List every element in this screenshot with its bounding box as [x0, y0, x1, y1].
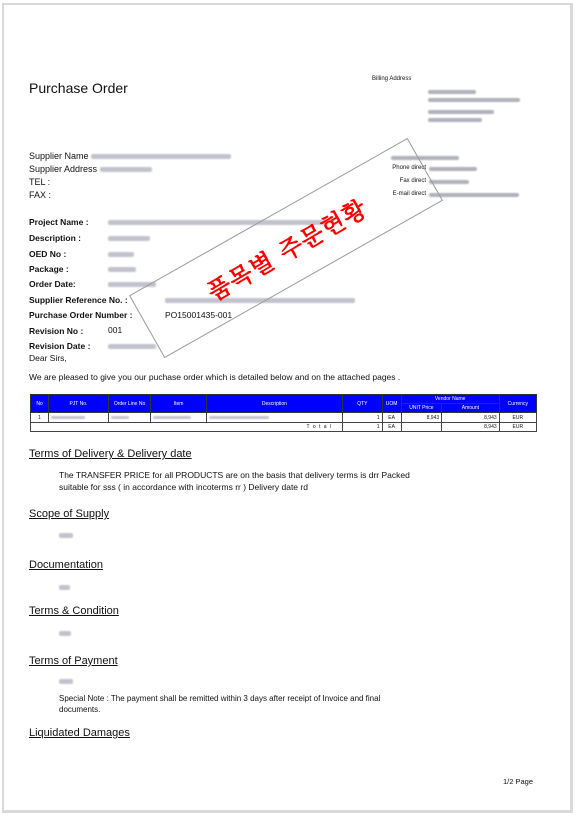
supplier-tel-label: TEL :: [29, 177, 50, 187]
order-date-label: Order Date:: [29, 279, 76, 289]
col-vendor-name: Vendor Name: [401, 395, 499, 404]
total-qty: 1: [343, 423, 382, 432]
terms-of-payment-value: [59, 679, 73, 684]
table-row: 1 1 EA 8,943 8,943 EUR: [31, 413, 537, 423]
col-amount: Amount: [442, 404, 500, 413]
intro-text: We are pleased to give you our puchase o…: [29, 372, 400, 382]
oed-no-label: OED No :: [29, 249, 66, 259]
cell-no: 1: [31, 413, 49, 423]
cell-qty: 1: [343, 413, 382, 423]
documentation-value: [59, 585, 70, 590]
supplier-address-label: Supplier Address: [29, 164, 97, 174]
terms-condition-value: [59, 631, 71, 636]
liquidated-damages-heading: Liquidated Damages: [29, 727, 130, 739]
col-unit-price: UNIT Price: [401, 404, 441, 413]
po-number-label: Purchase Order Number :: [29, 310, 132, 320]
cell-amount: 8,943: [442, 413, 500, 423]
col-pjt-no: PJT No.: [49, 395, 109, 413]
supplier-fax-label: FAX :: [29, 190, 51, 200]
cell-currency: EUR: [499, 413, 536, 423]
cell-item: [151, 413, 206, 423]
order-items-table: No PJT No. Order Line No Item Descriptio…: [30, 394, 537, 432]
col-qty: QTY: [343, 395, 382, 413]
billing-address-line: [428, 98, 520, 102]
col-item: Item: [151, 395, 206, 413]
total-amount: 8,943: [442, 423, 500, 432]
delivery-terms-heading: Terms of Delivery & Delivery date: [29, 448, 192, 460]
special-note-line-2: documents.: [59, 704, 100, 715]
description-value: [108, 236, 150, 241]
scope-of-supply-heading: Scope of Supply: [29, 508, 109, 520]
col-description: Description: [206, 395, 342, 413]
supplier-address-value: [100, 167, 152, 172]
cell-unit-price: 8,943: [401, 413, 441, 423]
delivery-terms-line-1: The TRANSFER PRICE for all PRODUCTS are …: [59, 469, 410, 481]
oed-no-value: [108, 252, 134, 257]
scope-of-supply-value: [59, 533, 73, 538]
cell-uom: EA: [382, 413, 401, 423]
documentation-heading: Documentation: [29, 559, 103, 571]
salutation: Dear Sirs,: [29, 353, 67, 363]
terms-condition-heading: Terms & Condition: [29, 605, 119, 617]
project-name-label: Project Name :: [29, 217, 89, 227]
supplier-name-value: [91, 154, 231, 159]
revision-date-value: [108, 344, 156, 349]
total-currency: EUR: [499, 423, 536, 432]
billing-address-label: Billing Address: [372, 76, 411, 82]
terms-of-payment-heading: Terms of Payment: [29, 655, 118, 667]
revision-date-label: Revision Date :: [29, 341, 90, 351]
supplier-name-row: Supplier Name: [29, 151, 231, 161]
fax-direct-value: [429, 180, 469, 184]
total-row: T o t a l 1 EA 8,943 EUR: [31, 423, 537, 432]
total-unit-price: [401, 423, 441, 432]
col-uom: UOM: [382, 395, 401, 413]
package-value: [108, 267, 136, 272]
total-uom: EA: [382, 423, 401, 432]
revision-no-label: Revision No :: [29, 326, 83, 336]
supplier-name-label: Supplier Name: [29, 151, 89, 161]
description-label: Description :: [29, 233, 81, 243]
cell-order-line-no: [108, 413, 151, 423]
delivery-terms-line-2: suitable for sss ( in accordance with in…: [59, 481, 308, 493]
supplier-reference-label: Supplier Reference No. :: [29, 295, 128, 305]
billing-address-line: [428, 90, 476, 94]
total-label: T o t a l: [31, 423, 343, 432]
col-order-line-no: Order Line No: [108, 395, 151, 413]
page-indicator: 1/2 Page: [503, 777, 533, 786]
cell-description: [206, 413, 342, 423]
billing-address-line: [428, 110, 494, 114]
email-direct-value: [429, 193, 519, 197]
cell-pjt-no: [49, 413, 109, 423]
package-label: Package :: [29, 264, 69, 274]
phone-direct-value: [429, 167, 477, 171]
page-title: Purchase Order: [29, 80, 128, 96]
billing-address-line: [428, 118, 482, 122]
revision-no-value: 001: [108, 325, 122, 335]
special-note-line-1: Special Note : The payment shall be remi…: [59, 693, 380, 704]
supplier-address-row: Supplier Address: [29, 164, 152, 174]
col-no: No: [31, 395, 49, 413]
col-currency: Currency: [499, 395, 536, 413]
